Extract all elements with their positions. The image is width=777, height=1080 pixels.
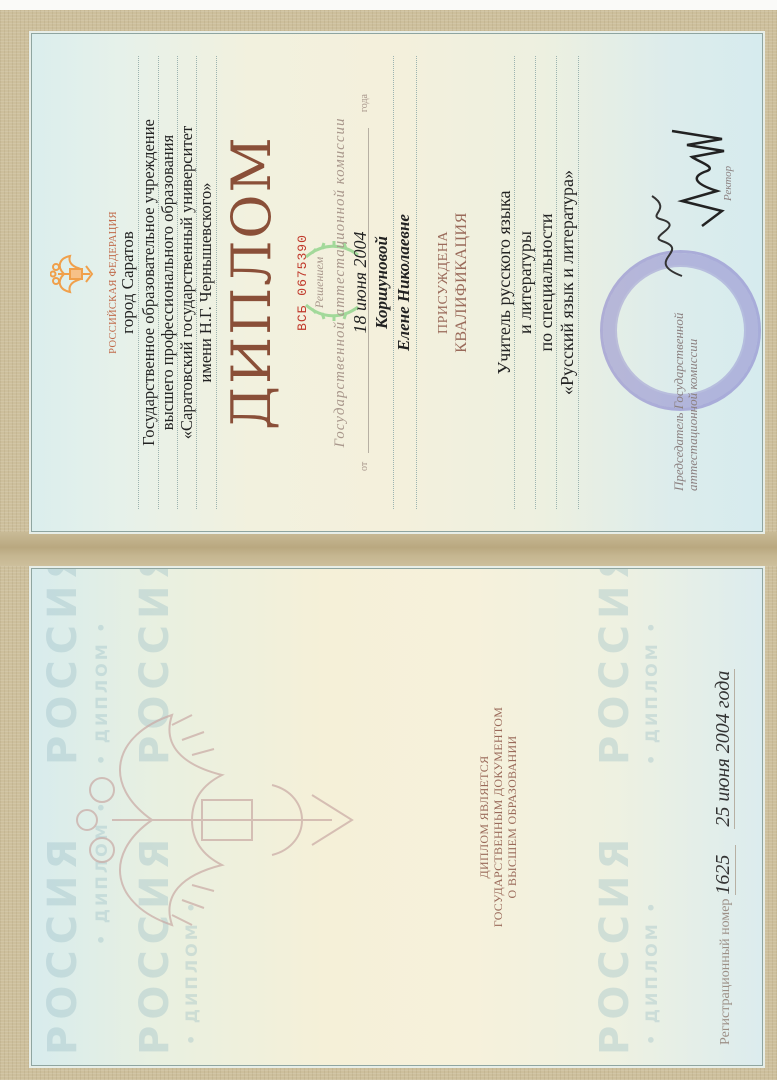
coat-of-arms-icon (50, 252, 96, 296)
commission-label: Государственной аттестационной комиссии (332, 34, 349, 531)
rector-signature (662, 121, 742, 231)
registration-label: Регистрационный номер (718, 899, 733, 1045)
city-label: город Саратов (118, 34, 138, 531)
title-page-content: РОССИЙСКАЯ ФЕДЕРАЦИЯ город Саратов Госуд… (32, 34, 762, 531)
chair-label-line-1: Председатель Государственной (672, 313, 686, 491)
decision-label: Решением (312, 34, 327, 531)
diploma-back-page: РОССИЯ • ДИПЛОМ • РОССИЯ РОССИЯ • ДИПЛОМ… (31, 568, 763, 1066)
chair-label-line-2: аттестационной комиссии (686, 313, 700, 491)
ruled-line (216, 56, 217, 509)
notice-line-2: ГОСУДАРСТВЕННЫМ ДОКУМЕНТОМ (491, 569, 505, 1065)
back-page-content: РОССИЯ • ДИПЛОМ • РОССИЯ РОССИЯ • ДИПЛОМ… (32, 569, 762, 1065)
recipient-given-name: Елене Николаевне (394, 34, 414, 531)
qualification-line-4: «Русский язык и литература» (557, 34, 577, 531)
institution-line-4: имени Н.Г. Чернышевского» (197, 34, 215, 531)
diploma-title-page: РОССИЙСКАЯ ФЕДЕРАЦИЯ город Саратов Госуд… (31, 33, 763, 532)
institution-line-3: «Саратовский государственный университет (178, 34, 196, 531)
document-title: ДИПЛОМ (220, 34, 283, 531)
decision-date: 18 июня 2004 (350, 94, 371, 471)
watermark-text: РОССИЯ (592, 833, 638, 1055)
scan-margin (0, 0, 777, 10)
watermark-text: • ДИПЛОМ • (642, 900, 661, 1045)
eagle-watermark-icon (72, 695, 372, 945)
ruled-line (578, 56, 579, 509)
recipient-surname: Коршуновой (372, 34, 392, 531)
qualification-label: КВАЛИФИКАЦИЯ (453, 34, 471, 531)
ruled-line (416, 56, 417, 509)
institution-line-1: Государственное образовательное учрежден… (140, 34, 158, 531)
registration-row: Регистрационный номер 1625 25 июня 2004 … (712, 589, 738, 1045)
qualification-line-2: и литературы (515, 34, 535, 531)
diploma-spine (0, 532, 777, 566)
watermark-text: РОССИЯ (592, 568, 638, 765)
issue-date: 25 июня 2004 года (712, 669, 735, 829)
notice-line-3: О ВЫСШЕМ ОБРАЗОВАНИИ (505, 569, 519, 1065)
qualification-line-1: Учитель русского языка (494, 34, 514, 531)
notice-line-1: ДИПЛОМ ЯВЛЯЕТСЯ (477, 569, 491, 1065)
institution-line-2: высшего профессионального образования (159, 34, 177, 531)
awarded-label: ПРИСУЖДЕНА (436, 34, 452, 531)
decision-date-row: от 18 июня 2004 года (350, 94, 372, 471)
watermark-text: • ДИПЛОМ • (642, 620, 661, 765)
year-label: года (359, 94, 370, 112)
qualification-line-3: по специальности (536, 34, 556, 531)
commission-chair-label: Председатель Государственной аттестацион… (672, 313, 700, 491)
registration-number: 1625 (712, 845, 736, 895)
